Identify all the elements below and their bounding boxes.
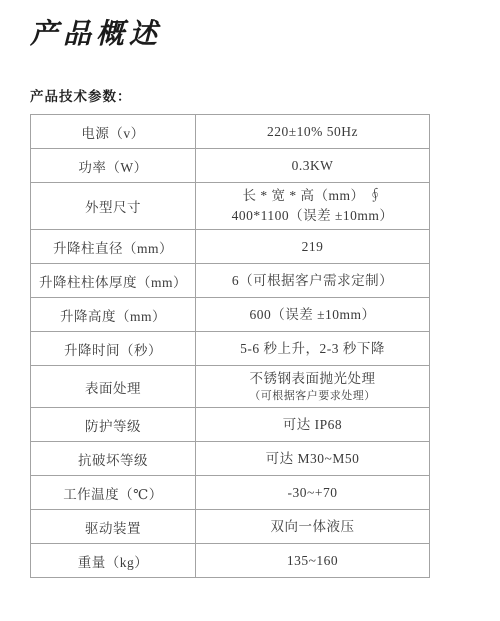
value-cell: 220±10% 50Hz [196,115,430,149]
param-cell: 电源（v） [31,115,196,149]
value-line1: 0.3KW [200,156,425,176]
value-line1: 220±10% 50Hz [200,122,425,142]
page-title: 产品概述 [30,16,470,52]
value-cell: 600（误差 ±10mm） [196,298,430,332]
param-cell: 升降高度（mm） [31,298,196,332]
value-line1: 600（误差 ±10mm） [200,305,425,325]
value-line1: -30~+70 [200,483,425,503]
param-cell: 抗破坏等级 [31,442,196,476]
value-cell: 219 [196,230,430,264]
value-line1: 长 * 宽 * 高（mm） ∮ [200,186,425,206]
value-line2: 400*1100（误差 ±10mm） [200,206,425,226]
table-row: 外型尺寸 长 * 宽 * 高（mm） ∮ 400*1100（误差 ±10mm） [31,183,430,230]
param-cell: 驱动装置 [31,510,196,544]
value-cell: 5-6 秒上升，2-3 秒下降 [196,332,430,366]
param-cell: 表面处理 [31,366,196,408]
param-cell: 外型尺寸 [31,183,196,230]
table-row: 电源（v） 220±10% 50Hz [31,115,430,149]
spec-table: 电源（v） 220±10% 50Hz 功率（W） 0.3KW 外型尺寸 长 * … [30,114,430,578]
document-page: 产品概述 产品技术参数： 电源（v） 220±10% 50Hz 功率（W） 0.… [0,0,500,621]
param-cell: 升降柱柱体厚度（mm） [31,264,196,298]
param-cell: 工作温度（℃） [31,476,196,510]
table-row: 升降时间（秒） 5-6 秒上升，2-3 秒下降 [31,332,430,366]
value-cell: 6（可根据客户需求定制） [196,264,430,298]
value-cell: 0.3KW [196,149,430,183]
value-cell: 长 * 宽 * 高（mm） ∮ 400*1100（误差 ±10mm） [196,183,430,230]
value-line1: 双向一体液压 [200,517,425,537]
value-cell: 不锈钢表面抛光处理 （可根据客户要求处理） [196,366,430,408]
value-line1: 可达 IP68 [200,415,425,435]
section-label: 产品技术参数： [30,85,470,105]
value-line1: 135~160 [200,551,425,571]
table-row: 抗破坏等级 可达 M30~M50 [31,442,430,476]
value-cell: 可达 M30~M50 [196,442,430,476]
table-row: 驱动装置 双向一体液压 [31,510,430,544]
param-cell: 升降柱直径（mm） [31,230,196,264]
value-line1: 不锈钢表面抛光处理 [200,369,425,389]
param-cell: 重量（kg） [31,544,196,578]
table-row: 表面处理 不锈钢表面抛光处理 （可根据客户要求处理） [31,366,430,408]
value-cell: 双向一体液压 [196,510,430,544]
param-cell: 防护等级 [31,408,196,442]
spec-table-body: 电源（v） 220±10% 50Hz 功率（W） 0.3KW 外型尺寸 长 * … [31,115,430,578]
value-line1: 6（可根据客户需求定制） [200,271,425,291]
table-row: 防护等级 可达 IP68 [31,408,430,442]
value-line1: 可达 M30~M50 [200,449,425,469]
param-cell: 功率（W） [31,149,196,183]
value-cell: -30~+70 [196,476,430,510]
value-cell: 135~160 [196,544,430,578]
table-row: 升降柱直径（mm） 219 [31,230,430,264]
value-line2: （可根据客户要求处理） [200,389,425,404]
value-line1: 5-6 秒上升，2-3 秒下降 [200,339,425,359]
table-row: 升降高度（mm） 600（误差 ±10mm） [31,298,430,332]
table-row: 工作温度（℃） -30~+70 [31,476,430,510]
param-cell: 升降时间（秒） [31,332,196,366]
table-row: 功率（W） 0.3KW [31,149,430,183]
table-row: 升降柱柱体厚度（mm） 6（可根据客户需求定制） [31,264,430,298]
table-row: 重量（kg） 135~160 [31,544,430,578]
value-line1: 219 [200,237,425,257]
value-cell: 可达 IP68 [196,408,430,442]
